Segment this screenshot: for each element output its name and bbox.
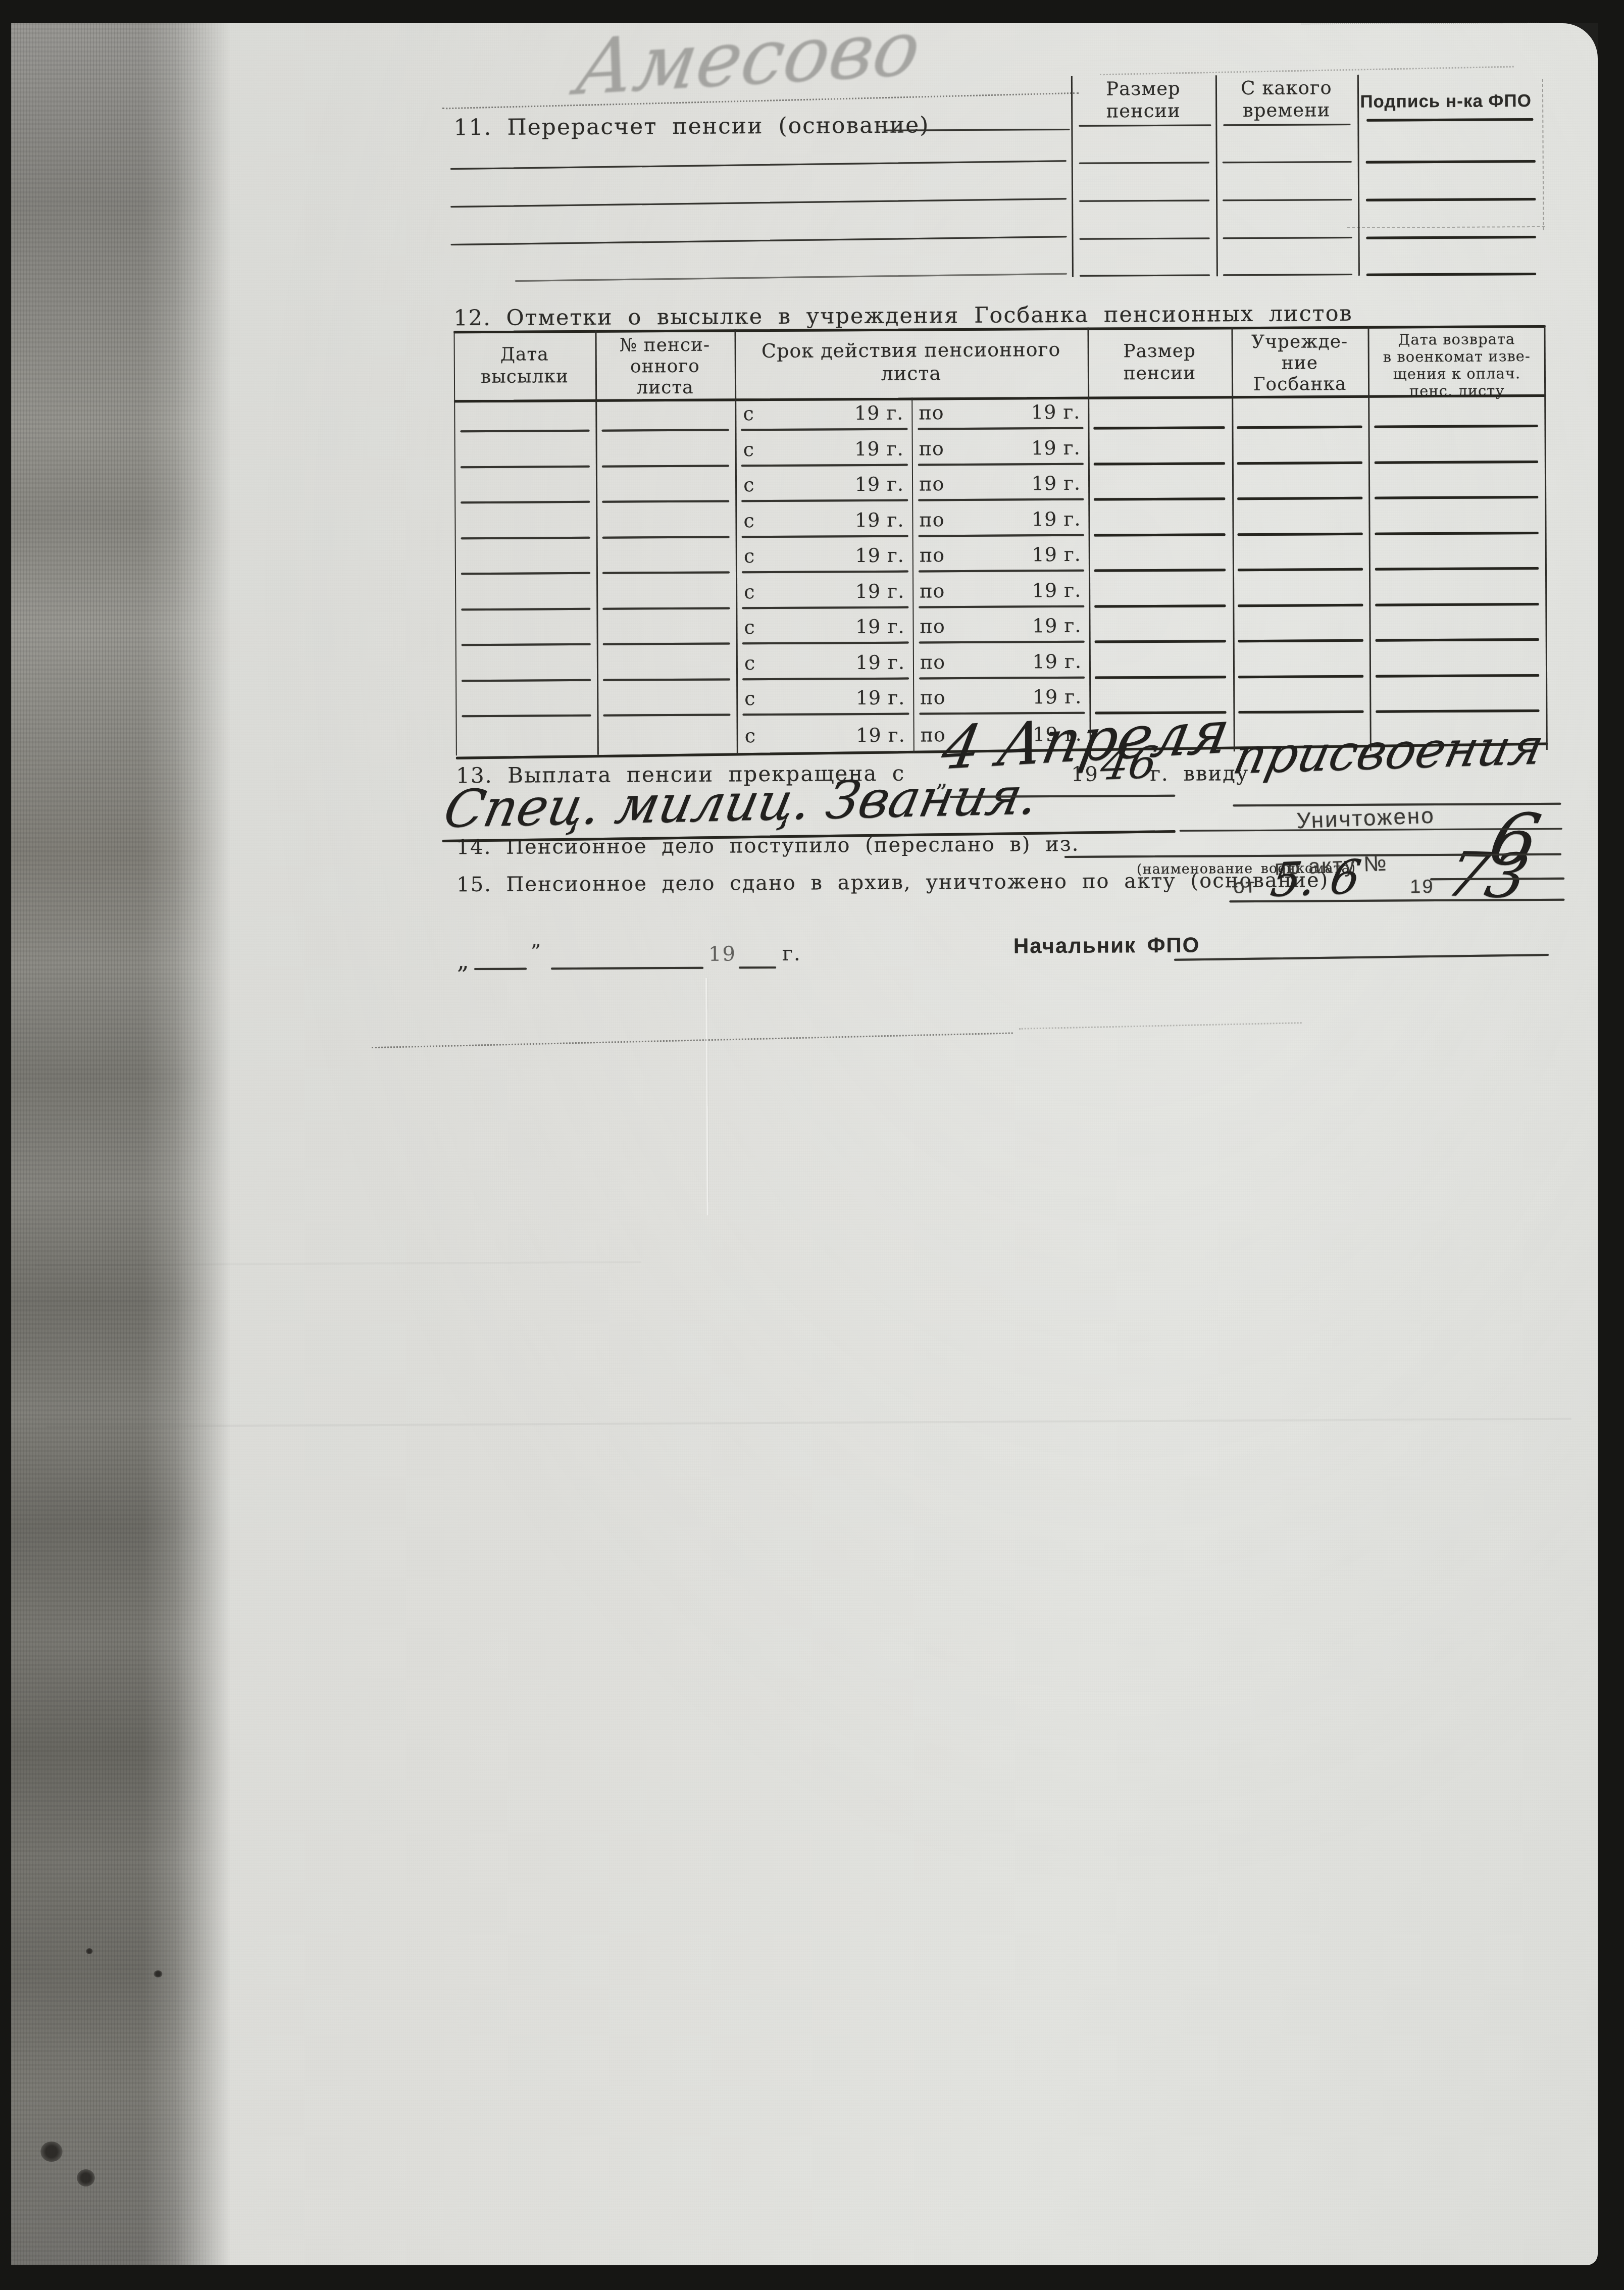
ruled-line [602, 607, 730, 609]
ruled-line [741, 428, 907, 431]
stamp-handwritten-date: 5. 6 [1267, 849, 1365, 907]
header-line: № пенси- [595, 334, 735, 356]
ruled-line [1375, 496, 1538, 499]
stamp-from-label: от [1233, 875, 1256, 898]
header-line: в военкомат изве- [1368, 347, 1546, 366]
header-line: ние [1232, 352, 1368, 374]
ruled-line [603, 678, 730, 681]
ruled-line [1094, 462, 1225, 465]
ruled-line [1366, 198, 1536, 201]
ruled-line [1080, 237, 1210, 239]
row-cell-text: 19 г. [778, 509, 904, 532]
ruled-line [461, 430, 590, 432]
row-cell-text: 19 г. [778, 580, 904, 603]
item13-year-prefix: 19 [1071, 763, 1099, 786]
ruled-line [1238, 639, 1363, 642]
header-line: Подпись н-ка ФПО [1358, 91, 1533, 112]
ruled-line [515, 273, 1067, 282]
row-cell-text: 19 г. [779, 687, 905, 709]
footer-signature-label: Начальник ФПО [1013, 933, 1200, 958]
ruled-line [918, 498, 1084, 501]
header-line: листа [735, 361, 1088, 386]
ruled-line [1095, 676, 1226, 679]
footer-open-quote: „ [457, 947, 470, 974]
header-line: щения к оплач. [1368, 365, 1546, 383]
ruled-line [1079, 199, 1209, 201]
table-vertical-line [734, 329, 738, 754]
ruled-line [602, 500, 729, 502]
row-cell-text: с [744, 581, 774, 603]
ruled-line [742, 642, 909, 645]
row-cell-text: 19 г. [778, 473, 904, 496]
table-vertical-line [453, 331, 456, 755]
header-line: Размер [1088, 340, 1232, 363]
ruled-line [1080, 274, 1210, 276]
ruled-line [918, 427, 1083, 430]
col-header-validity-period: Срок действия пенсионноголиста [735, 338, 1088, 386]
header-line: Срок действия пенсионного [735, 338, 1088, 363]
footer-year-suffix: г. [782, 942, 801, 965]
fold-crease [1019, 1022, 1302, 1030]
row-cell-text: 19 г. [954, 437, 1081, 460]
ruled-line [450, 160, 1067, 170]
footer-close-quote: ” [531, 940, 542, 963]
ruled-line [1238, 568, 1363, 571]
ruled-line [461, 537, 590, 539]
ruled-line [1238, 710, 1363, 714]
ruled-line [742, 571, 908, 574]
ruled-line [602, 536, 730, 538]
ruled-line [603, 642, 730, 645]
document-page: Амесово 11. Перерасчет пенсии (основание… [11, 23, 1598, 2265]
header-line: Размер [1071, 77, 1215, 100]
row-cell-text: 19 г. [778, 544, 904, 567]
ruled-line [601, 429, 729, 431]
ruled-line [551, 967, 703, 970]
row-cell-text: 19 г. [778, 616, 904, 638]
row-cell-text: 19 г. [779, 651, 905, 674]
ruled-line [1374, 425, 1538, 428]
ruled-line [1094, 604, 1226, 607]
ruled-line [1223, 199, 1352, 201]
item12-table: Датавысылки № пенси-онноголиста Срок дей… [453, 325, 1547, 755]
row-cell-text: 19 г. [955, 615, 1081, 637]
ruled-line [602, 465, 729, 467]
row-cell-text: с [743, 510, 774, 532]
item11-col-since-when: С какоговремени [1215, 77, 1357, 122]
ruled-line [451, 236, 1067, 245]
ruled-line [1376, 638, 1539, 642]
ruled-line [1223, 237, 1352, 239]
ruled-line [1237, 426, 1362, 429]
row-cell-text: 19 г. [954, 401, 1080, 424]
item13-handwritten-reason: присвоения [1229, 718, 1549, 786]
footer-year-prefix: 19 [708, 942, 736, 965]
ruled-line [1375, 603, 1539, 606]
row-cell-text: 19 г. [778, 438, 904, 461]
row-cell-text: 19 г. [777, 402, 903, 425]
row-cell-text: с [744, 687, 775, 709]
ruled-line [1095, 640, 1226, 643]
ruled-line [462, 715, 591, 717]
ruled-line [1375, 567, 1539, 571]
col-header-gosbank-institution: Учрежде-ниеГосбанка [1232, 331, 1368, 395]
ruled-line [1238, 675, 1363, 678]
horizontal-crease [46, 1418, 1571, 1428]
ruled-line [1238, 604, 1363, 607]
fold-crease [372, 1032, 1013, 1048]
fold-mark [1301, 22, 1539, 24]
scribble-line [1100, 66, 1514, 76]
ruled-line [919, 570, 1084, 573]
ruled-line [461, 501, 590, 503]
ruled-line [461, 608, 590, 610]
ruled-line [741, 499, 908, 502]
ruled-line [1376, 709, 1539, 713]
header-line: листа [595, 377, 735, 398]
ruled-line [1237, 497, 1362, 500]
ruled-line [1375, 461, 1538, 464]
item15-text: 15. Пенсионное дело сдано в архив, уничт… [456, 869, 1329, 896]
fold-mark [1347, 226, 1545, 228]
ruled-line [1366, 236, 1536, 239]
top-handwriting: Амесово [571, 4, 926, 113]
ruled-line [1223, 274, 1352, 276]
row-cell-text: 19 г. [954, 508, 1081, 531]
ruled-line [1366, 273, 1536, 276]
row-cell-text: 19 г. [779, 724, 905, 747]
ruled-line [1366, 118, 1533, 122]
item11-col-size-pension: Размерпенсии [1071, 77, 1215, 122]
ruled-line [461, 572, 590, 575]
row-cell-text: 19 г. [954, 472, 1081, 495]
ruled-line [1223, 124, 1350, 126]
ruled-line [742, 713, 909, 716]
ruled-line [742, 606, 908, 609]
row-cell-text: с [743, 438, 774, 461]
row-cell-text: 19 г. [955, 543, 1081, 566]
ruled-line [1093, 426, 1225, 429]
ruled-line [462, 679, 591, 682]
col-header-send-date: Датавысылки [454, 343, 595, 388]
form-content: Амесово 11. Перерасчет пенсии (основание… [9, 19, 1607, 2269]
row-cell-text: с [745, 725, 775, 747]
ruled-line [461, 466, 590, 468]
ruled-line [1174, 954, 1549, 961]
ruled-line [1237, 462, 1362, 465]
fold-mark [1542, 79, 1544, 230]
ruled-line [1375, 532, 1539, 535]
row-cell-text: с [744, 545, 774, 567]
header-line: пенсии [1071, 99, 1215, 122]
ruled-line [741, 464, 908, 467]
scanned-document: Амесово 11. Перерасчет пенсии (основание… [0, 0, 1624, 2290]
header-line: Дата возврата [1367, 330, 1545, 348]
ruled-line [919, 677, 1085, 680]
row-cell-text: с [743, 402, 773, 425]
ruled-line [742, 535, 908, 538]
header-line: пенсии [1088, 362, 1232, 385]
ruled-line [919, 534, 1084, 537]
header-line: высылки [454, 366, 595, 388]
header-line: Учрежде- [1232, 331, 1368, 353]
row-cell-text: с [744, 616, 774, 638]
header-line: Дата [454, 343, 595, 366]
ruled-line [603, 714, 730, 716]
ruled-line [602, 571, 730, 574]
ruled-line [1094, 569, 1226, 572]
header-line: онного [595, 355, 735, 377]
ruled-line [919, 641, 1085, 644]
row-cell-text: 19 г. [955, 650, 1082, 673]
ruled-line [1238, 533, 1363, 536]
horizontal-crease [35, 1261, 641, 1266]
ruled-line [450, 198, 1067, 208]
ruled-line [1430, 878, 1564, 880]
ruled-line [1223, 161, 1352, 163]
ruled-line [742, 678, 909, 681]
header-line: времени [1215, 99, 1357, 122]
item11-col-signature: Подпись н-ка ФПО [1358, 91, 1533, 112]
table-vertical-line [1087, 328, 1091, 752]
ruled-line [885, 129, 1070, 131]
ruled-line [1366, 160, 1536, 164]
ruled-line [739, 966, 776, 969]
table-vertical-line [1544, 325, 1547, 750]
item11-label: 11. Перерасчет пенсии (основание) [453, 112, 929, 140]
row-cell-text: с [743, 474, 774, 496]
col-header-pension-size: Размерпенсии [1088, 340, 1232, 385]
ruled-line [474, 968, 527, 971]
ruled-line [918, 463, 1084, 466]
ruled-line [1094, 533, 1226, 536]
ruled-line [1376, 674, 1539, 678]
ruled-line [462, 643, 591, 646]
row-cell-text: с [744, 652, 775, 674]
header-line: Госбанка [1232, 374, 1368, 395]
ruled-line [919, 605, 1084, 608]
vertical-crease [705, 978, 708, 1215]
row-cell-text: 19 г. [955, 579, 1081, 602]
ruled-line [1079, 124, 1211, 126]
header-line: С какого [1215, 77, 1357, 99]
row-cell-text: 19 г. [955, 686, 1082, 708]
col-header-return-date: Дата возвратав военкомат изве-щения к оп… [1367, 330, 1546, 400]
ruled-line [1094, 497, 1225, 500]
col-header-pension-sheet-number: № пенси-онноголиста [595, 334, 735, 398]
ruled-line [1079, 162, 1209, 164]
table-vertical-line [911, 398, 915, 753]
